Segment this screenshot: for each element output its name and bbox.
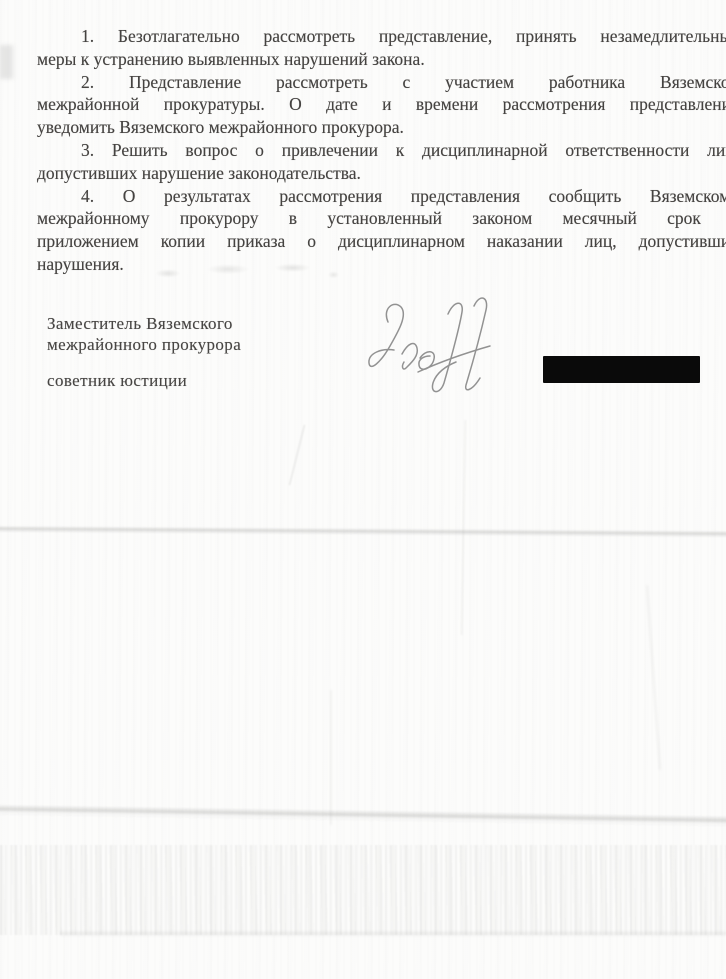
text-line: нарушения. <box>37 253 726 276</box>
scan-edge-smudge <box>0 45 13 79</box>
document-body: 1. Безотлагательно рассмотреть представл… <box>37 25 726 276</box>
paper-crease-vertical-3 <box>646 585 662 770</box>
scan-noise-band <box>0 845 726 935</box>
scan-noise-line <box>60 930 726 937</box>
paragraph: 1. Безотлагательно рассмотреть представл… <box>37 25 726 71</box>
handwritten-signature-icon <box>362 288 502 400</box>
paper-crease-diagonal-1 <box>289 425 306 486</box>
scanned-page: 1. Безотлагательно рассмотреть представл… <box>0 0 726 979</box>
text-line: 3. Решить вопрос о привлечении к дисципл… <box>37 139 726 162</box>
paragraph: 3. Решить вопрос о привлечении к дисципл… <box>37 139 726 185</box>
signer-position-line1: Заместитель Вяземского <box>47 313 241 334</box>
text-line: 2. Представление рассмотреть с участием … <box>37 71 726 94</box>
paragraph: 2. Представление рассмотреть с участием … <box>37 71 726 139</box>
paper-crease-vertical-2 <box>330 690 332 825</box>
text-line: уведомить Вяземского межрайонного прокур… <box>37 116 726 139</box>
text-line: допустивших нарушение законодательства. <box>37 162 726 185</box>
paper-crease-horizontal-2 <box>0 804 726 828</box>
text-line: 1. Безотлагательно рассмотреть представл… <box>37 25 726 48</box>
redaction-bar <box>543 356 700 383</box>
paper-crease-horizontal-1 <box>0 525 726 537</box>
signer-rank: советник юстиции <box>47 370 241 391</box>
paper-crease-vertical-1 <box>460 420 467 635</box>
text-line: межрайонному прокурору в установленный з… <box>37 207 726 230</box>
text-line: меры к устранению выявленных нарушений з… <box>37 48 726 71</box>
signer-position-line2: межрайонного прокурора <box>47 334 241 355</box>
text-line: приложением копии приказа о дисциплинарн… <box>37 230 726 253</box>
signature-block: Заместитель Вяземского межрайонного прок… <box>47 313 241 391</box>
text-line: межрайонной прокуратуры. О дате и времен… <box>37 93 726 116</box>
text-line: 4. О результатах рассмотрения представле… <box>37 185 726 208</box>
paragraph: 4. О результатах рассмотрения представле… <box>37 185 726 276</box>
